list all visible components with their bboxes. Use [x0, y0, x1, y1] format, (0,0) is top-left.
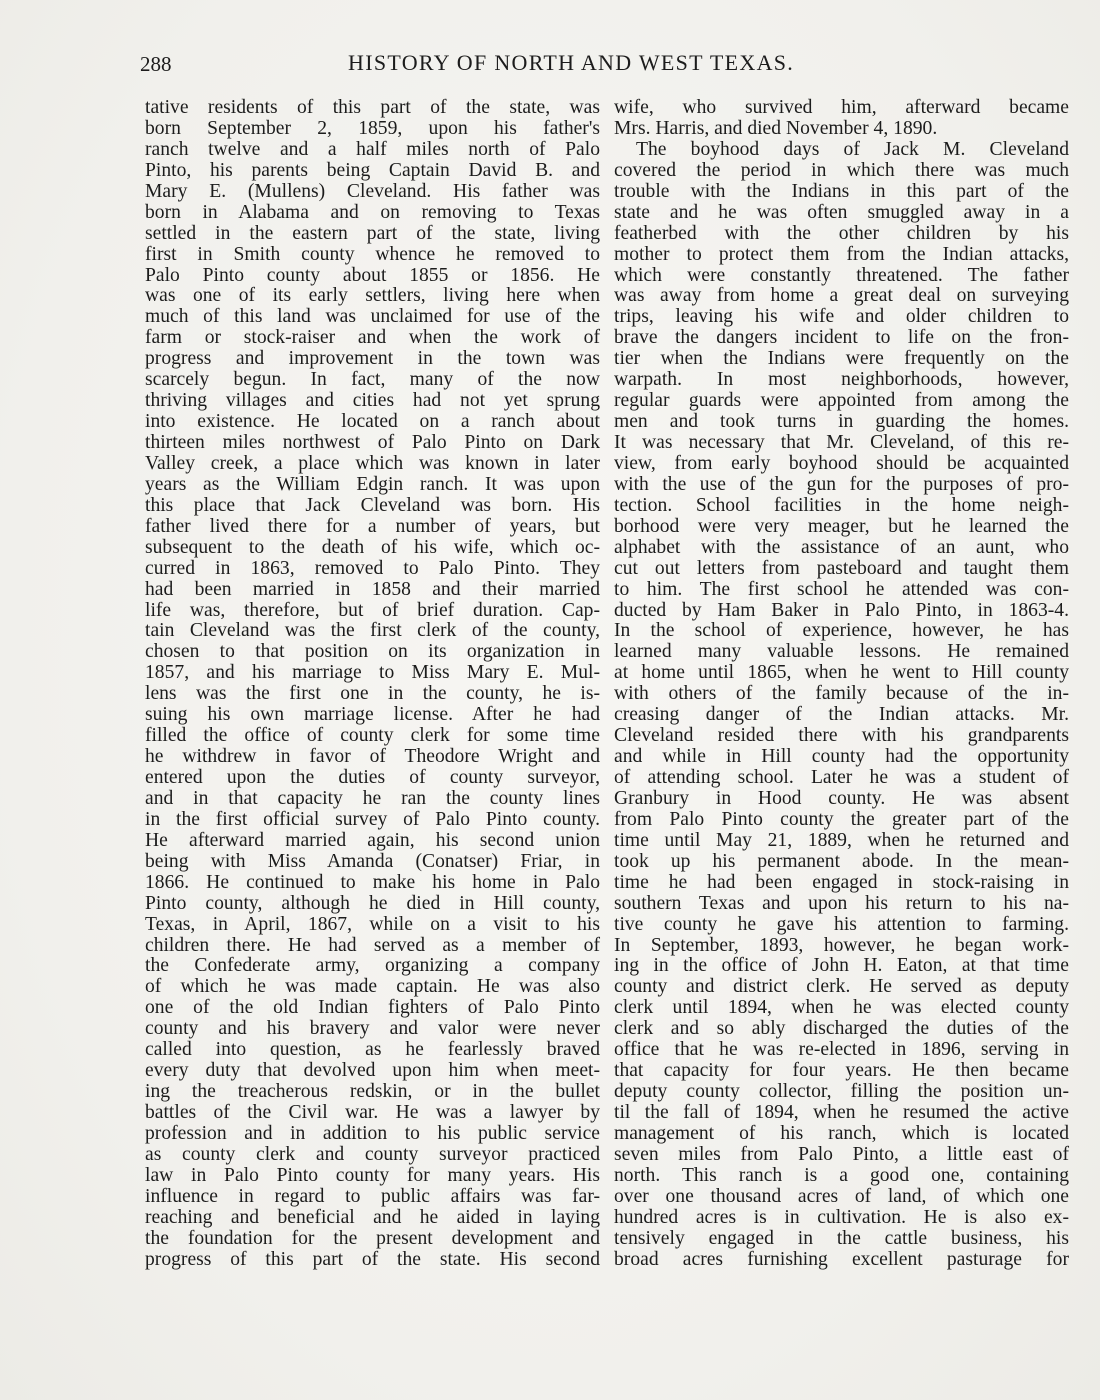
- text-line: trips, leaving his wife and older childr…: [614, 307, 1069, 328]
- text-line: ranch twelve and a half miles north of P…: [145, 140, 600, 161]
- text-line: in the first official survey of Palo Pin…: [145, 810, 600, 831]
- text-line: as county clerk and county surveyor prac…: [145, 1145, 600, 1166]
- text-line: ing in the office of John H. Eaton, at t…: [614, 956, 1069, 977]
- text-line: from Palo Pinto county the greater part …: [614, 810, 1069, 831]
- text-line: In September, 1893, however, he began wo…: [614, 936, 1069, 957]
- text-line: filled the office of county clerk for so…: [145, 726, 600, 747]
- text-line: had been married in 1858 and their marri…: [145, 580, 600, 601]
- text-line: Pinto, his parents being Captain David B…: [145, 161, 600, 182]
- text-line: state and he was often smuggled away in …: [614, 203, 1069, 224]
- text-line: view, from early boyhood should be acqua…: [614, 454, 1069, 475]
- text-line: life was, therefore, but of brief durati…: [145, 601, 600, 622]
- text-line: years as the William Edgin ranch. It was…: [145, 475, 600, 496]
- text-line: called into question, as he fearlessly b…: [145, 1040, 600, 1061]
- text-line: took up his permanent abode. In the mean…: [614, 852, 1069, 873]
- text-line: county and his bravery and valor were ne…: [145, 1019, 600, 1040]
- text-line: Texas, in April, 1867, while on a visit …: [145, 915, 600, 936]
- text-column-left: tative residents of this part of the sta…: [145, 98, 600, 1271]
- text-line: hundred acres is in cultivation. He is a…: [614, 1208, 1069, 1229]
- text-line: men and took turns in guarding the homes…: [614, 412, 1069, 433]
- text-line: 1857, and his marriage to Miss Mary E. M…: [145, 663, 600, 684]
- text-line: alphabet with the assistance of an aunt,…: [614, 538, 1069, 559]
- text-line: first in Smith county whence he removed …: [145, 245, 600, 266]
- paragraph-first-line: The boyhood days of Jack M. Cleveland: [614, 140, 1069, 161]
- text-line: warpath. In most neighborhoods, however,: [614, 370, 1069, 391]
- text-line: wife, who survived him, afterward became: [614, 98, 1069, 119]
- text-line: tensively engaged in the cattle business…: [614, 1229, 1069, 1250]
- text-line: clerk until 1894, when he was elected co…: [614, 998, 1069, 1019]
- text-line: progress of this part of the state. His …: [145, 1250, 600, 1271]
- text-line: being with Miss Amanda (Conatser) Friar,…: [145, 852, 600, 873]
- text-line: It was necessary that Mr. Cleveland, of …: [614, 433, 1069, 454]
- text-line: time he had been engaged in stock-raisin…: [614, 873, 1069, 894]
- text-line: and while in Hill county had the opportu…: [614, 747, 1069, 768]
- text-line: tative residents of this part of the sta…: [145, 98, 600, 119]
- text-line: He afterward married again, his second u…: [145, 831, 600, 852]
- text-line: 1866. He continued to make his home in P…: [145, 873, 600, 894]
- text-line: which were constantly threatened. The fa…: [614, 266, 1069, 287]
- text-line: and in that capacity he ran the county l…: [145, 789, 600, 810]
- text-line: that capacity for four years. He then be…: [614, 1061, 1069, 1082]
- text-line: featherbed with the other children by hi…: [614, 224, 1069, 245]
- text-line: with others of the family because of the…: [614, 684, 1069, 705]
- text-line: north. This ranch is a good one, contain…: [614, 1166, 1069, 1187]
- text-line: suing his own marriage license. After he…: [145, 705, 600, 726]
- text-line: was one of its early settlers, living he…: [145, 286, 600, 307]
- text-line: one of the old Indian fighters of Palo P…: [145, 998, 600, 1019]
- text-line: thirteen miles northwest of Palo Pinto o…: [145, 433, 600, 454]
- text-line: settled in the eastern part of the state…: [145, 224, 600, 245]
- text-line: into existence. He located on a ranch ab…: [145, 412, 600, 433]
- text-line: time until May 21, 1889, when he returne…: [614, 831, 1069, 852]
- text-line: scarcely begun. In fact, many of the now: [145, 370, 600, 391]
- text-line: to him. The first school he attended was…: [614, 580, 1069, 601]
- text-line: the foundation for the present developme…: [145, 1229, 600, 1250]
- text-line: Granbury in Hood county. He was absent: [614, 789, 1069, 810]
- page-number: 288: [140, 52, 172, 77]
- text-line: trouble with the Indians in this part of…: [614, 182, 1069, 203]
- text-line: tection. School facilities in the home n…: [614, 496, 1069, 517]
- text-line: til the fall of 1894, when he resumed th…: [614, 1103, 1069, 1124]
- text-line: every duty that devolved upon him when m…: [145, 1061, 600, 1082]
- text-line: he withdrew in favor of Theodore Wright …: [145, 747, 600, 768]
- text-line: borhood were very meager, but he learned…: [614, 517, 1069, 538]
- text-line: of which he was made captain. He was als…: [145, 977, 600, 998]
- text-line: covered the period in which there was mu…: [614, 161, 1069, 182]
- text-line: of attending school. Later he was a stud…: [614, 768, 1069, 789]
- text-line: born September 2, 1859, upon his father'…: [145, 119, 600, 140]
- text-line: learned many valuable lessons. He remain…: [614, 642, 1069, 663]
- text-line: seven miles from Palo Pinto, a little ea…: [614, 1145, 1069, 1166]
- text-line: tive county he gave his attention to far…: [614, 915, 1069, 936]
- text-line: was away from home a great deal on surve…: [614, 286, 1069, 307]
- text-line: children there. He had served as a membe…: [145, 936, 600, 957]
- text-line: curred in 1863, removed to Palo Pinto. T…: [145, 559, 600, 580]
- text-line: county and district clerk. He served as …: [614, 977, 1069, 998]
- text-line: clerk and so ably discharged the duties …: [614, 1019, 1069, 1040]
- text-line: reaching and beneficial and he aided in …: [145, 1208, 600, 1229]
- book-title: HISTORY OF NORTH AND WEST TEXAS.: [348, 50, 794, 76]
- text-line: ducted by Ham Baker in Palo Pinto, in 18…: [614, 601, 1069, 622]
- text-line: southern Texas and upon his return to hi…: [614, 894, 1069, 915]
- book-page: 288 HISTORY OF NORTH AND WEST TEXAS. tat…: [0, 0, 1100, 1400]
- text-line: ing the treacherous redskin, or in the b…: [145, 1082, 600, 1103]
- text-line: law in Palo Pinto county for many years.…: [145, 1166, 600, 1187]
- text-line: born in Alabama and on removing to Texas: [145, 203, 600, 224]
- text-line: with the use of the gun for the purposes…: [614, 475, 1069, 496]
- text-line: Mary E. (Mullens) Cleveland. His father …: [145, 182, 600, 203]
- text-line: influence in regard to public affairs wa…: [145, 1187, 600, 1208]
- text-line: profession and in addition to his public…: [145, 1124, 600, 1145]
- text-line: mother to protect them from the Indian a…: [614, 245, 1069, 266]
- text-line: thriving villages and cities had not yet…: [145, 391, 600, 412]
- text-line: the Confederate army, organizing a compa…: [145, 956, 600, 977]
- text-line: lens was the first one in the county, he…: [145, 684, 600, 705]
- text-line: Valley creek, a place which was known in…: [145, 454, 600, 475]
- text-column-right: wife, who survived him, afterward became…: [614, 98, 1069, 1271]
- text-line: at home until 1865, when he went to Hill…: [614, 663, 1069, 684]
- running-head: 288 HISTORY OF NORTH AND WEST TEXAS.: [140, 50, 868, 80]
- text-line: creasing danger of the Indian attacks. M…: [614, 705, 1069, 726]
- text-line: In the school of experience, however, he…: [614, 621, 1069, 642]
- text-line: brave the dangers incident to life on th…: [614, 328, 1069, 349]
- text-line: progress and improvement in the town was: [145, 349, 600, 370]
- text-line: regular guards were appointed from among…: [614, 391, 1069, 412]
- text-line: broad acres furnishing excellent pastura…: [614, 1250, 1069, 1271]
- text-line: chosen to that position on its organizat…: [145, 642, 600, 663]
- text-line: Mrs. Harris, and died November 4, 1890.: [614, 119, 1069, 140]
- text-line: farm or stock-raiser and when the work o…: [145, 328, 600, 349]
- text-line: this place that Jack Cleveland was born.…: [145, 496, 600, 517]
- text-line: over one thousand acres of land, of whic…: [614, 1187, 1069, 1208]
- text-line: entered upon the duties of county survey…: [145, 768, 600, 789]
- text-line: battles of the Civil war. He was a lawye…: [145, 1103, 600, 1124]
- text-line: office that he was re-elected in 1896, s…: [614, 1040, 1069, 1061]
- text-line: management of his ranch, which is locate…: [614, 1124, 1069, 1145]
- text-line: deputy county collector, filling the pos…: [614, 1082, 1069, 1103]
- text-line: Cleveland resided there with his grandpa…: [614, 726, 1069, 747]
- text-line: cut out letters from pasteboard and taug…: [614, 559, 1069, 580]
- text-line: subsequent to the death of his wife, whi…: [145, 538, 600, 559]
- text-line: tain Cleveland was the first clerk of th…: [145, 621, 600, 642]
- text-line: much of this land was unclaimed for use …: [145, 307, 600, 328]
- text-line: father lived there for a number of years…: [145, 517, 600, 538]
- text-line: tier when the Indians were frequently on…: [614, 349, 1069, 370]
- text-line: Pinto county, although he died in Hill c…: [145, 894, 600, 915]
- text-line: Palo Pinto county about 1855 or 1856. He: [145, 266, 600, 287]
